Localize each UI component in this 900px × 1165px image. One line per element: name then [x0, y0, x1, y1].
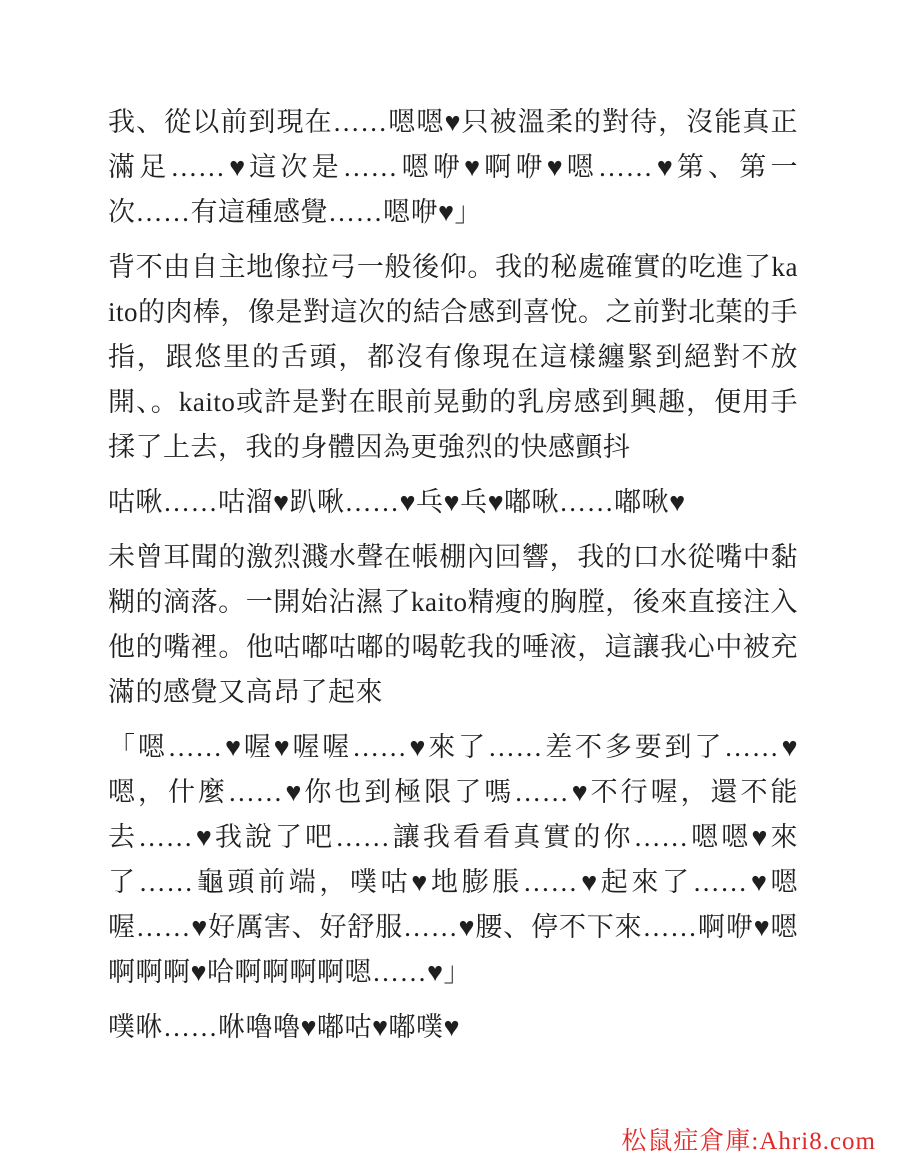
paragraph-sound-effect-2: 噗咻……咻嚕嚕♥嘟咕♥嘟噗♥ — [108, 1005, 798, 1050]
page-text-block: 我、從以前到現在……嗯嗯♥只被溫柔的對待，沒能真正滿足……♥這次是……嗯咿♥啊咿… — [108, 100, 798, 1060]
document-page: 我、從以前到現在……嗯嗯♥只被溫柔的對待，沒能真正滿足……♥這次是……嗯咿♥啊咿… — [0, 0, 900, 1165]
watermark-text: 松鼠症倉庫:Ahri8.com — [621, 1127, 876, 1157]
paragraph-dialogue-2: 「嗯……♥喔♥喔喔……♥來了……差不多要到了……♥嗯，什麼……♥你也到極限了嗎…… — [108, 725, 798, 995]
paragraph-narration-1: 背不由自主地像拉弓一般後仰。我的秘處確實的吃進了kaito的肉棒，像是對這次的結… — [108, 245, 798, 470]
paragraph-narration-2: 未曾耳聞的激烈濺水聲在帳棚內回響，我的口水從嘴中黏糊的滴落。一開始沾濕了kait… — [108, 535, 798, 715]
paragraph-sound-effect-1: 咕啾……咕溜♥趴啾……♥乓♥乓♥嘟啾……嘟啾♥ — [108, 480, 798, 525]
paragraph-dialogue-1: 我、從以前到現在……嗯嗯♥只被溫柔的對待，沒能真正滿足……♥這次是……嗯咿♥啊咿… — [108, 100, 798, 235]
